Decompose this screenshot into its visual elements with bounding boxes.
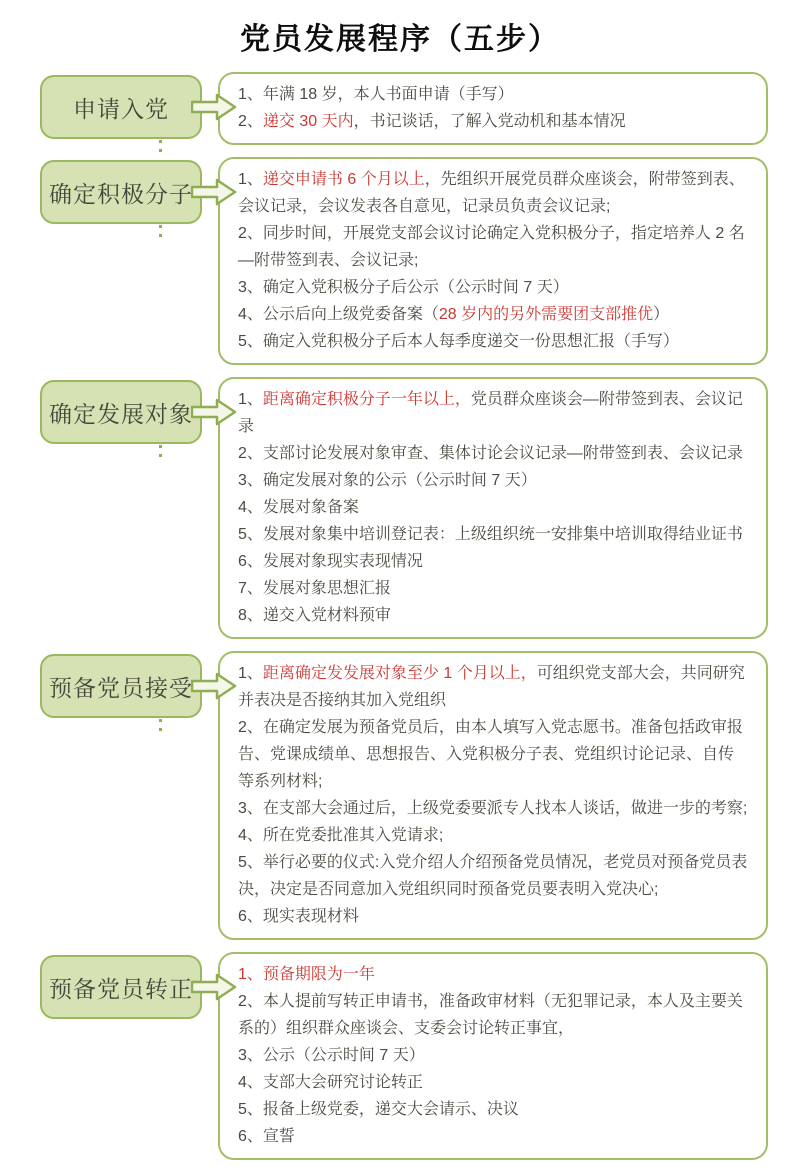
body-text: ）	[653, 306, 669, 323]
list-item: 6、发展对象现实表现情况	[238, 548, 748, 575]
list-item: 4、所在党委批准其入党请求;	[238, 822, 748, 849]
flow: 申请入党 1、年满 18 岁，本人书面申请（手写）2、递交 30 天内，书记谈话…	[0, 72, 800, 1160]
step-content-box: 1、递交申请书 6 个月以上，先组织开展党员群众座谈会，附带签到表、会议记录，会…	[218, 157, 768, 365]
step-label-column: 确定积极分子	[40, 157, 202, 224]
step-label: 预备党员接受	[49, 670, 193, 703]
body-text: 6、发展对象现实表现情况	[238, 553, 423, 570]
list-item: 1、距离确定积极分子一年以上，党员群众座谈会—附带签到表、会议记录	[238, 386, 748, 440]
body-text: 2、本人提前写转正申请书，准备政审材料（无犯罪记录，本人及主要关系的）组织群众座…	[238, 993, 743, 1037]
page-title: 党员发展程序（五步）	[0, 14, 800, 58]
step-row: 预备党员接受 1、距离确定发发展对象至少 1 个月以上，可组织党支部大会，共同研…	[0, 651, 800, 940]
list-item: 6、现实表现材料	[238, 903, 748, 930]
list-item: 2、同步时间，开展党支部会议讨论确定入党积极分子，指定培养人 2 名—附带签到表…	[238, 220, 748, 274]
step-items: 1、距离确定积极分子一年以上，党员群众座谈会—附带签到表、会议记录2、支部讨论发…	[238, 386, 748, 629]
step-label-column: 预备党员转正	[40, 952, 202, 1019]
step-content-box: 1、预备期限为一年2、本人提前写转正申请书，准备政审材料（无犯罪记录，本人及主要…	[218, 952, 768, 1160]
step-label-column: 预备党员接受	[40, 651, 202, 718]
step-label-column: 确定发展对象	[40, 377, 202, 444]
body-text: 7、发展对象思想汇报	[238, 580, 391, 597]
step-label: 确定积极分子	[49, 176, 193, 209]
list-item: 7、发展对象思想汇报	[238, 575, 748, 602]
body-text: 8、递交入党材料预审	[238, 607, 391, 624]
highlighted-text: 距离确定发发展对象至少 1 个月以上，	[263, 665, 537, 682]
body-text: 5、发展对象集中培训登记表：上级组织统一安排集中培训取得结业证书	[238, 526, 743, 543]
step-items: 1、年满 18 岁，本人书面申请（手写）2、递交 30 天内，书记谈话，了解入党…	[238, 81, 748, 135]
flow-arrow-icon	[191, 178, 237, 206]
list-item: 8、递交入党材料预审	[238, 602, 748, 629]
highlighted-text: 1、预备期限为一年	[238, 966, 375, 983]
list-item: 1、递交申请书 6 个月以上，先组织开展党员群众座谈会，附带签到表、会议记录，会…	[238, 166, 748, 220]
step-label: 预备党员转正	[49, 971, 193, 1004]
step-label-box: 预备党员转正	[40, 955, 202, 1019]
highlighted-text: 递交 30 天内	[263, 113, 354, 130]
body-text: 6、宣誓	[238, 1128, 295, 1145]
highlighted-text: 距离确定积极分子一年以上，	[263, 391, 471, 408]
step-row: 预备党员转正 1、预备期限为一年2、本人提前写转正申请书，准备政审材料（无犯罪记…	[0, 952, 800, 1160]
step-row: 确定发展对象 1、距离确定积极分子一年以上，党员群众座谈会—附带签到表、会议记录…	[0, 377, 800, 639]
step-label-box: 确定积极分子	[40, 160, 202, 224]
step-label: 确定发展对象	[49, 396, 193, 429]
connector-dotted-line	[159, 719, 162, 732]
step-row: 申请入党 1、年满 18 岁，本人书面申请（手写）2、递交 30 天内，书记谈话…	[0, 72, 800, 145]
flowchart-page: 党员发展程序（五步） 申请入党 1、年满 18 岁，本人书面申请（手写）2、递交…	[0, 0, 800, 1160]
list-item: 1、预备期限为一年	[238, 961, 748, 988]
body-text: 4、支部大会研究讨论转正	[238, 1074, 423, 1091]
body-text: 5、确定入党积极分子后本人每季度递交一份思想汇报（手写）	[238, 333, 679, 350]
step-label-box: 申请入党	[40, 75, 202, 139]
list-item: 2、本人提前写转正申请书，准备政审材料（无犯罪记录，本人及主要关系的）组织群众座…	[238, 988, 748, 1042]
step-items: 1、预备期限为一年2、本人提前写转正申请书，准备政审材料（无犯罪记录，本人及主要…	[238, 961, 748, 1150]
list-item: 3、公示（公示时间 7 天）	[238, 1042, 748, 1069]
connector-dotted-line	[159, 445, 162, 458]
list-item: 3、确定发展对象的公示（公示时间 7 天）	[238, 467, 748, 494]
step-items: 1、距离确定发发展对象至少 1 个月以上，可组织党支部大会，共同研究并表决是否接…	[238, 660, 748, 930]
list-item: 4、公示后向上级党委备案（28 岁内的另外需要团支部推优）	[238, 301, 748, 328]
flow-arrow-icon	[191, 672, 237, 700]
list-item: 2、在确定发展为预备党员后，由本人填写入党志愿书。准备包括政审报告、党课成绩单、…	[238, 714, 748, 795]
list-item: 3、确定入党积极分子后公示（公示时间 7 天）	[238, 274, 748, 301]
step-label-column: 申请入党	[40, 72, 202, 139]
body-text: 3、公示（公示时间 7 天）	[238, 1047, 425, 1064]
body-text: 2、支部讨论发展对象审查、集体讨论会议记录—附带签到表、会议记录	[238, 445, 743, 462]
body-text: 6、现实表现材料	[238, 908, 359, 925]
flow-arrow-icon	[191, 973, 237, 1001]
list-item: 1、距离确定发发展对象至少 1 个月以上，可组织党支部大会，共同研究并表决是否接…	[238, 660, 748, 714]
body-text: 3、在支部大会通过后，上级党委要派专人找本人谈话，做进一步的考察;	[238, 800, 747, 817]
flow-arrow-icon	[191, 398, 237, 426]
step-content-box: 1、距离确定发发展对象至少 1 个月以上，可组织党支部大会，共同研究并表决是否接…	[218, 651, 768, 940]
body-text: 4、所在党委批准其入党请求;	[238, 827, 443, 844]
list-item: 5、发展对象集中培训登记表：上级组织统一安排集中培训取得结业证书	[238, 521, 748, 548]
body-text: ，书记谈话，了解入党动机和基本情况	[354, 113, 626, 130]
step-label-box: 预备党员接受	[40, 654, 202, 718]
step-content-box: 1、距离确定积极分子一年以上，党员群众座谈会—附带签到表、会议记录2、支部讨论发…	[218, 377, 768, 639]
body-text: 2、同步时间，开展党支部会议讨论确定入党积极分子，指定培养人 2 名—附带签到表…	[238, 225, 745, 269]
step-row: 确定积极分子 1、递交申请书 6 个月以上，先组织开展党员群众座谈会，附带签到表…	[0, 157, 800, 365]
step-content-box: 1、年满 18 岁，本人书面申请（手写）2、递交 30 天内，书记谈话，了解入党…	[218, 72, 768, 145]
step-items: 1、递交申请书 6 个月以上，先组织开展党员群众座谈会，附带签到表、会议记录，会…	[238, 166, 748, 355]
flow-arrow-icon	[191, 93, 237, 121]
list-item: 2、递交 30 天内，书记谈话，了解入党动机和基本情况	[238, 108, 748, 135]
list-item: 4、发展对象备案	[238, 494, 748, 521]
highlighted-text: 28 岁内的另外需要团支部推优	[439, 306, 653, 323]
body-text: 5、举行必要的仪式:入党介绍人介绍预备党员情况，老党员对预备党员表决，决定是否同…	[238, 854, 747, 898]
body-text: 1、	[238, 171, 263, 188]
list-item: 6、宣誓	[238, 1123, 748, 1150]
list-item: 5、举行必要的仪式:入党介绍人介绍预备党员情况，老党员对预备党员表决，决定是否同…	[238, 849, 748, 903]
list-item: 4、支部大会研究讨论转正	[238, 1069, 748, 1096]
list-item: 2、支部讨论发展对象审查、集体讨论会议记录—附带签到表、会议记录	[238, 440, 748, 467]
body-text: 2、	[238, 113, 263, 130]
body-text: 5、报备上级党委，递交大会请示、决议	[238, 1101, 519, 1118]
body-text: 3、确定发展对象的公示（公示时间 7 天）	[238, 472, 537, 489]
list-item: 5、报备上级党委，递交大会请示、决议	[238, 1096, 748, 1123]
body-text: 3、确定入党积极分子后公示（公示时间 7 天）	[238, 279, 569, 296]
body-text: 1、	[238, 665, 263, 682]
body-text: 4、公示后向上级党委备案（	[238, 306, 439, 323]
list-item: 1、年满 18 岁，本人书面申请（手写）	[238, 81, 748, 108]
step-label-box: 确定发展对象	[40, 380, 202, 444]
list-item: 5、确定入党积极分子后本人每季度递交一份思想汇报（手写）	[238, 328, 748, 355]
body-text: 1、	[238, 391, 263, 408]
list-item: 3、在支部大会通过后，上级党委要派专人找本人谈话，做进一步的考察;	[238, 795, 748, 822]
body-text: 2、在确定发展为预备党员后，由本人填写入党志愿书。准备包括政审报告、党课成绩单、…	[238, 719, 743, 790]
connector-dotted-line	[159, 225, 162, 238]
body-text: 4、发展对象备案	[238, 499, 359, 516]
connector-dotted-line	[159, 140, 162, 153]
body-text: 1、年满 18 岁，本人书面申请（手写）	[238, 86, 514, 103]
step-label: 申请入党	[73, 91, 169, 124]
highlighted-text: 递交申请书 6 个月以上	[263, 171, 425, 188]
